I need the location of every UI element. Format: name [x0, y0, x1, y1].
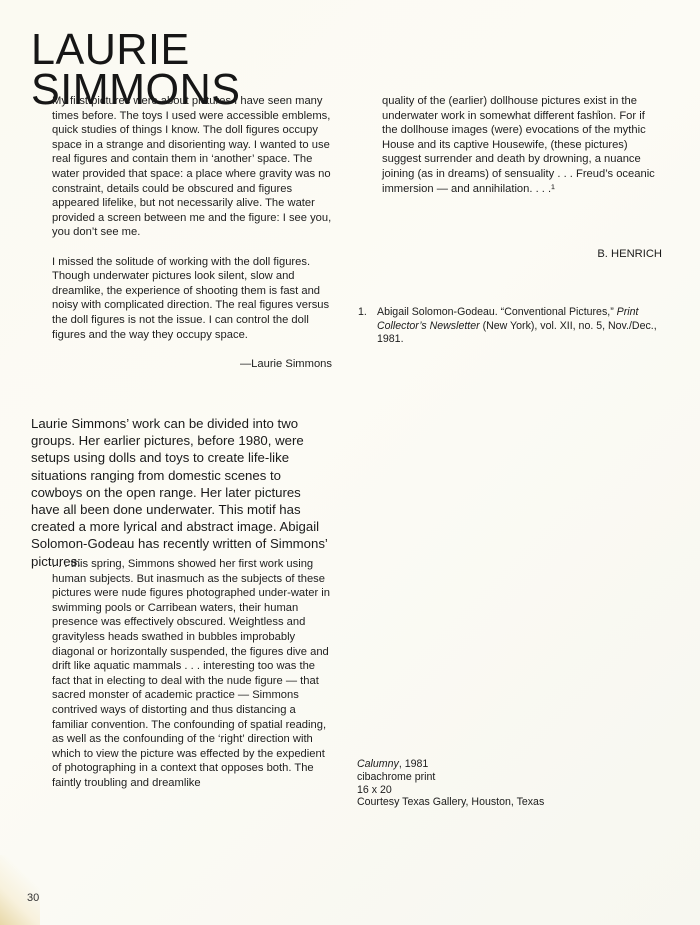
caption-medium: cibachrome print	[357, 771, 544, 784]
block-quote-part-1: . . . this spring, Simmons showed her fi…	[52, 557, 334, 791]
caption-dimensions: 16 x 20	[357, 784, 544, 797]
footnote-author: Abigail Solomon-Godeau.	[377, 306, 501, 318]
caption-work-title: Calumny	[357, 758, 399, 770]
caption-title-line: Calumny, 1981	[357, 758, 544, 771]
page-edge-discoloration	[0, 855, 40, 925]
page-number: 30	[27, 892, 39, 904]
block-quote-part-2: quality of the (earlier) dollhouse pictu…	[382, 94, 662, 196]
artist-statement: My first pictures were about pictures I …	[52, 94, 334, 371]
statement-signature: —Laurie Simmons	[52, 357, 334, 372]
essay-author: B. HENRICH	[382, 248, 662, 260]
artwork-caption: Calumny, 1981 cibachrome print 16 x 20 C…	[357, 758, 544, 809]
statement-paragraph-1: My first pictures were about pictures I …	[52, 94, 334, 240]
title-line-1: LAURIE	[31, 30, 240, 70]
caption-year: , 1981	[399, 758, 428, 770]
statement-paragraph-2: I missed the solitude of working with th…	[52, 255, 334, 343]
footnote-number: 1.	[358, 306, 367, 320]
essay-intro: Laurie Simmons’ work can be divided into…	[31, 415, 331, 570]
footnote-article: “Conventional Pictures,”	[501, 306, 617, 318]
footnote: 1. Abigail Solomon-Godeau. “Conventional…	[358, 306, 658, 347]
caption-credit: Courtesy Texas Gallery, Houston, Texas	[357, 796, 544, 809]
footnote-text: Abigail Solomon-Godeau. “Conventional Pi…	[377, 306, 658, 347]
